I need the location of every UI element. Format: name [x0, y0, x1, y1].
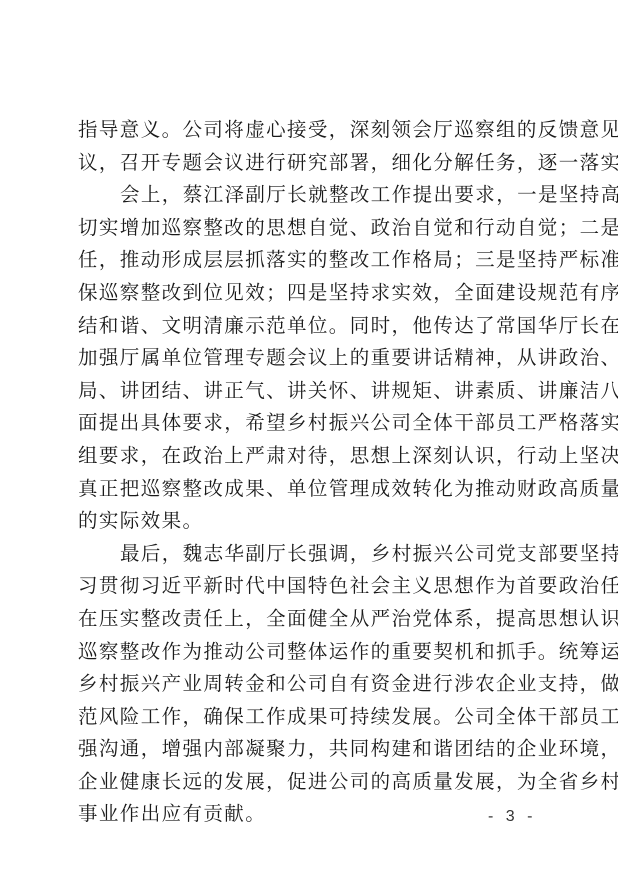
paragraph-2: 会上，蔡江泽副厅长就整改工作提出要求，一是坚持高站位， 切实增加巡察整改的思想自… [78, 179, 542, 538]
text-line: 最后，魏志华副厅长强调，乡村振兴公司党支部要坚持把学 [78, 538, 542, 571]
text-line: 事业作出应有贡献。 [78, 798, 542, 831]
text-line: 在压实整改责任上，全面健全从严治党体系，提高思想认识，将 [78, 603, 542, 636]
text-line: 组要求，在政治上严肃对待，思想上深刻认识，行动上坚决落实， [78, 440, 542, 473]
text-line: 面提出具体要求，希望乡村振兴公司全体干部员工严格落实厅党 [78, 407, 542, 440]
document-page: 指导意义。公司将虚心接受，深刻领会厅巡察组的反馈意见和建 议，召开专题会议进行研… [0, 0, 618, 875]
text-line: 局、讲团结、讲正气、讲关怀、讲规矩、讲素质、讲廉洁八个方 [78, 375, 542, 408]
text-line: 的实际效果。 [78, 505, 542, 538]
text-line: 议，召开专题会议进行研究部署，细化分解任务，逐一落实整改。 [78, 147, 542, 180]
text-line: 加强厅属单位管理专题会议上的重要讲话精神，从讲政治、讲大 [78, 342, 542, 375]
paragraph-3: 最后，魏志华副厅长强调，乡村振兴公司党支部要坚持把学 习贯彻习近平新时代中国特色… [78, 538, 542, 831]
text-line: 任，推动形成层层抓落实的整改工作格局；三是坚持严标准，确 [78, 244, 542, 277]
text-line: 巡察整改作为推动公司整体运作的重要契机和抓手。统筹运用好 [78, 636, 542, 669]
paragraph-1: 指导意义。公司将虚心接受，深刻领会厅巡察组的反馈意见和建 议，召开专题会议进行研… [78, 114, 542, 179]
document-body: 指导意义。公司将虚心接受，深刻领会厅巡察组的反馈意见和建 议，召开专题会议进行研… [78, 114, 542, 831]
text-line: 指导意义。公司将虚心接受，深刻领会厅巡察组的反馈意见和建 [78, 114, 542, 147]
text-line: 企业健康长远的发展，促进公司的高质量发展，为全省乡村振兴 [78, 766, 542, 799]
text-line: 结和谐、文明清廉示范单位。同时，他传达了常国华厅长在全面 [78, 310, 542, 343]
text-line: 会上，蔡江泽副厅长就整改工作提出要求，一是坚持高站位， [78, 179, 542, 212]
page-number: - 3 - [488, 808, 536, 826]
text-line: 保巡察整改到位见效；四是坚持求实效，全面建设规范有序、团 [78, 277, 542, 310]
text-line: 强沟通，增强内部凝聚力，共同构建和谐团结的企业环境，助力 [78, 733, 542, 766]
text-line: 乡村振兴产业周转金和公司自有资金进行涉农企业支持，做好防 [78, 668, 542, 701]
text-line: 切实增加巡察整改的思想自觉、政治自觉和行动自觉；二是强责 [78, 212, 542, 245]
text-line: 真正把巡察整改成果、单位管理成效转化为推动财政高质量发展 [78, 473, 542, 506]
text-line: 范风险工作，确保工作成果可持续发展。公司全体干部员工要加 [78, 701, 542, 734]
text-line: 习贯彻习近平新时代中国特色社会主义思想作为首要政治任务， [78, 570, 542, 603]
